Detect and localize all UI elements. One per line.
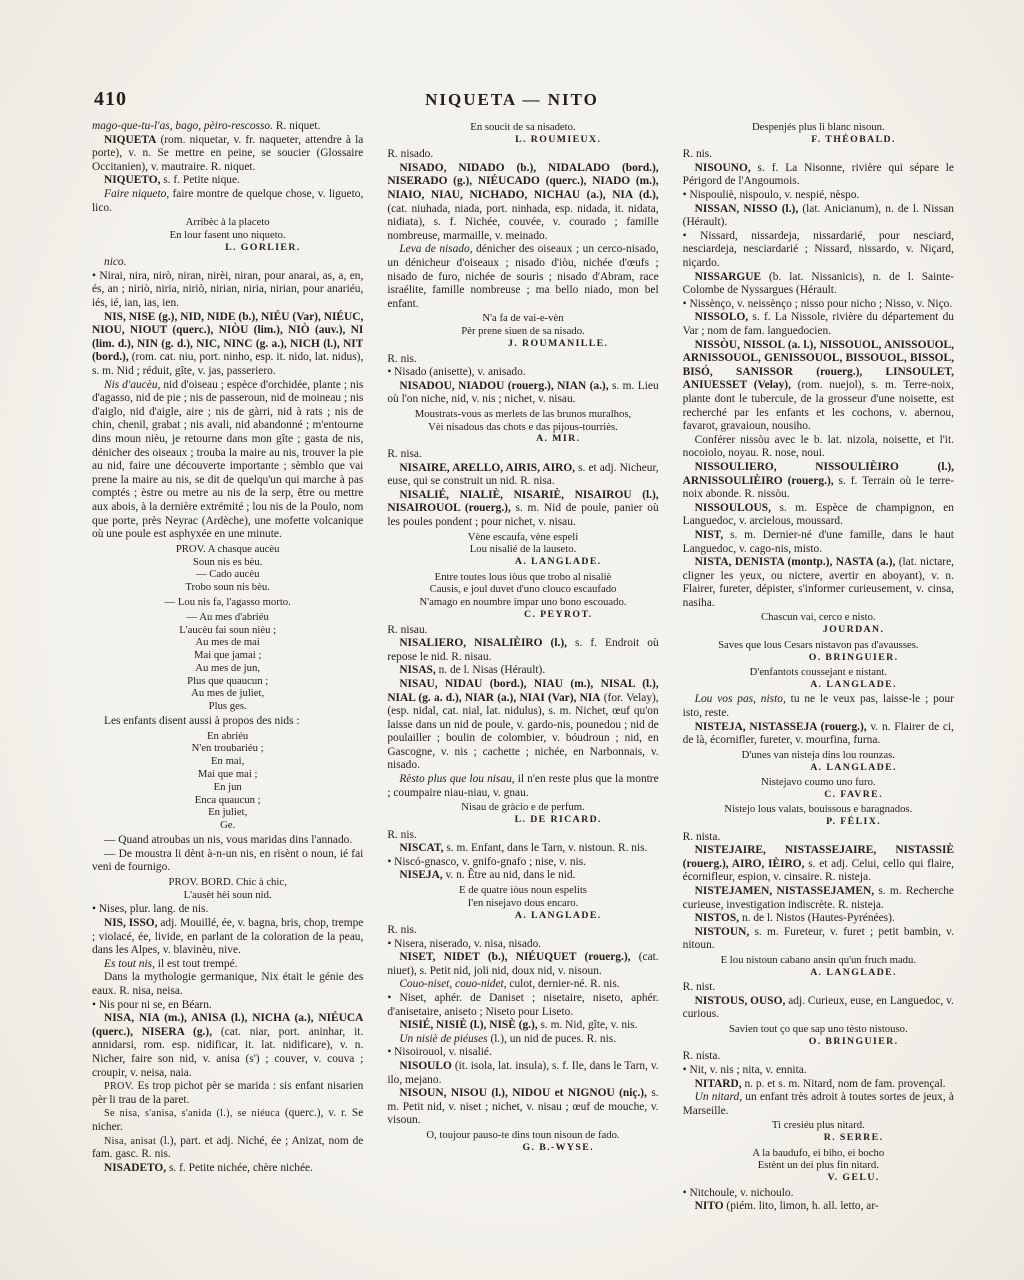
headword: NISCAT, — [399, 842, 443, 854]
verse-line: PROV. A chasque aucèu — [92, 543, 363, 556]
verse-block: Arribèc à la placetoEn lour fasent uno n… — [92, 216, 363, 254]
paragraph: • Nis pour ni se, en Béarn. — [92, 999, 363, 1013]
verse-line: Au mes de juliet, — [92, 687, 363, 700]
verse-line: En juliet, — [92, 806, 363, 819]
verse-line: En lour fasent uno niqueto. — [92, 229, 363, 242]
verse-attribution: L. ROUMIEUX. — [387, 134, 658, 147]
paragraph: • Niscó-gnasco, v. gnifo-gnafo ; nise, v… — [387, 856, 658, 870]
headword: NIS, ISSO, — [104, 917, 158, 929]
headword: NISSARGUE — [695, 271, 761, 283]
entry-paragraph: NISTOUS, OUSO, adj. Curieux, euse, en La… — [683, 995, 954, 1022]
headword: NISTA, DENISTA (montp.), NASTA (a.), — [695, 556, 896, 568]
paragraph: R. nist. — [683, 981, 954, 995]
headword: NISADO, NIDADO (b.), NIDALADO (bord.), N… — [387, 162, 658, 201]
entry-paragraph: NISTEJA, NISTASSEJA (rouerg.), v. n. Fla… — [683, 721, 954, 748]
verse-block: Nistejo lous valats, bouissous e baragna… — [683, 803, 954, 828]
headword: NIQUETA — [104, 134, 156, 146]
verse-block: Nisau de gràcio e de perfum.L. DE RICARD… — [387, 801, 658, 826]
verse-attribution: A. LANGLADE. — [683, 967, 954, 980]
verse-line: Trobo soun nis bèu. — [92, 581, 363, 594]
verse-line: Au mes de jun, — [92, 662, 363, 675]
entry-paragraph: NISSAN, NISSO (l.), (lat. Anicianum), n.… — [683, 203, 954, 230]
paragraph: • Niset, aphér. de Daniset ; nisetaire, … — [387, 992, 658, 1019]
verse-line: En jun — [92, 781, 363, 794]
headword: NISEJA, — [399, 869, 442, 881]
headword: NISSOLO, — [695, 311, 749, 323]
entry-paragraph: NISTA, DENISTA (montp.), NASTA (a.), (la… — [683, 556, 954, 610]
headword: NISTOS, — [695, 912, 739, 924]
verse-block: E de quatre iòus noun espelitsI'en nisej… — [387, 884, 658, 922]
verse-line: Causis, e joul duvet d'uno clouco escauf… — [387, 583, 658, 596]
paragraph: R. nisa. — [387, 448, 658, 462]
verse-line: O, toujour pauso-te dins toun nisoun de … — [387, 1129, 658, 1142]
verse-line: Moustrats-vous as merlets de las brunos … — [387, 408, 658, 421]
verse-line: N'amago en noumbre impar uno bono escoua… — [387, 596, 658, 609]
headword: NISSOULOUS, — [695, 502, 771, 514]
entry-paragraph: NISADOU, NIADOU (rouerg.), NIAN (a.), s.… — [387, 380, 658, 407]
headword: NIST, — [695, 529, 724, 541]
entry-paragraph: NIS, NISE (g.), NID, NIDE (b.), NIÉU (Va… — [92, 311, 363, 379]
verse-attribution: C. PEYROT. — [387, 609, 658, 622]
entry-paragraph: NISOUNO, s. f. La Nisonne, rivière qui s… — [683, 162, 954, 189]
paragraph: R. nis. — [683, 148, 954, 162]
entry-paragraph: NISSOULOUS, s. m. Espèce de champignon, … — [683, 502, 954, 529]
headword: NISOUN, NISOU (l.), NIDOU et NIGNOU (niç… — [399, 1087, 647, 1099]
verse-line: Nistejo lous valats, bouissous e baragna… — [683, 803, 954, 816]
phrase-lead: Nisa, anisat — [104, 1136, 156, 1147]
headword: NISAIRE, ARELLO, AIRIS, AIRO, — [399, 462, 575, 474]
verse-line: Entre toutes lous iòus que trobo al nisa… — [387, 571, 658, 584]
verse-block: E lou nistoun cabano ansin qu'un fruch m… — [683, 954, 954, 979]
headword: NITO — [695, 1200, 724, 1212]
verse-line: Pèr prene siuen de sa nisado. — [387, 325, 658, 338]
verse-line: — Lou nis fa, l'agasso morto. — [92, 596, 363, 609]
verse-attribution: A. LANGLADE. — [387, 556, 658, 569]
entry-paragraph: NISTEJAMEN, NISTASSEJAMEN, s. m. Recherc… — [683, 885, 954, 912]
paragraph: R. nisau. — [387, 624, 658, 638]
verse-line: Nisau de gràcio e de perfum. — [387, 801, 658, 814]
phrase-lead: Rèsto plus que lou nisau, — [399, 773, 514, 785]
headword: NISSOULIERO, NISSOULIÈIRO (l.), ARNISSOU… — [683, 461, 954, 487]
verse-line: Mai que mai ; — [92, 768, 363, 781]
entry-paragraph: NISALIERO, NISALIÈIRO (l.), s. f. Endroi… — [387, 637, 658, 664]
verse-block: N'a fa de vai-e-vènPèr prene siuen de sa… — [387, 312, 658, 350]
headword: NISALIERO, NISALIÈIRO (l.), — [399, 637, 567, 649]
verse-attribution: O. BRINGUIER. — [683, 1036, 954, 1049]
paragraph: Faire niqueto, faire montre de quelque c… — [92, 188, 363, 215]
paragraph: R. nis. — [387, 829, 658, 843]
verse-attribution: F. THÉOBALD. — [683, 134, 954, 147]
headword: NIQUETO, — [104, 174, 160, 186]
paragraph: • Nisoirouol, v. nisalié. — [387, 1046, 658, 1060]
verse-line: L'aucèu fai soun nièu ; — [92, 624, 363, 637]
paragraph: Les enfants disent aussi à propos des ni… — [92, 715, 363, 729]
verse-attribution: C. FAVRE. — [683, 789, 954, 802]
phrase-lead: Es tout nis, — [104, 958, 155, 970]
headword: NISTEJAMEN, NISTASSEJAMEN, — [695, 885, 874, 897]
verse-line: L'ausèt hèi soun nid. — [92, 889, 363, 902]
verse-line: Estènt un dei plus fin nitard. — [683, 1159, 954, 1172]
verse-line: En abriéu — [92, 730, 363, 743]
headword: NISTOUS, OUSO, — [695, 995, 786, 1007]
entry-paragraph: NISAIRE, ARELLO, AIRIS, AIRO, s. et adj.… — [387, 462, 658, 489]
verse-attribution: R. SERRE. — [683, 1132, 954, 1145]
verse-block: Savien tout ço que sap uno tèsto nistous… — [683, 1023, 954, 1048]
headword: NISA, NIA (m.), ANISA (l.), NICHA (a.), … — [92, 1012, 363, 1038]
verse-line: Ge. — [92, 819, 363, 832]
paragraph: — De moustra li dènt à-n-un nis, en risè… — [92, 848, 363, 875]
paragraph: R. nista. — [683, 1050, 954, 1064]
headword: NISTOUN, — [695, 926, 750, 938]
paragraph: Un nitard, un enfant très adroit à toute… — [683, 1091, 954, 1118]
column-2: En soucit de sa nisadeto.L. ROUMIEUX.R. … — [387, 120, 658, 1270]
paragraph: Nis d'aucèu, nid d'oiseau ; espèce d'orc… — [92, 379, 363, 542]
entry-paragraph: NISIÉ, NISIÈ (l.), NISÈ (g.), s. m. Nid,… — [387, 1019, 658, 1033]
verse-line: Au mes de mai — [92, 636, 363, 649]
headword: NISOULO — [399, 1060, 452, 1072]
verse-line: En mai, — [92, 755, 363, 768]
verse-block: D'unes van nisteja dins lou rounzas.A. L… — [683, 749, 954, 774]
verse-line: Chascun vai, cerco e nisto. — [683, 611, 954, 624]
verse-attribution: L. GORLIER. — [92, 242, 363, 255]
headword: NISSÒU, NISSOL (a. l.), NISSOUOL, ANISSO… — [683, 339, 954, 392]
verse-line: — Cado aucèu — [92, 568, 363, 581]
headword: NIS, NISE (g.), NID, NIDE (b.), NIÉU (Va… — [92, 311, 363, 364]
verse-block: Entre toutes lous iòus que trobo al nisa… — [387, 571, 658, 622]
verse-attribution: V. GELU. — [683, 1172, 954, 1185]
verse-attribution: J. ROUMANILLE. — [387, 338, 658, 351]
paragraph: mago-que-tu-l'as, bago, pèiro-rescosso. … — [92, 120, 363, 134]
entry-paragraph: NISSOLO, s. f. La Nissole, rivière du dé… — [683, 311, 954, 338]
entry-paragraph: NISADETO, s. f. Petite nichée, chère nic… — [92, 1162, 363, 1176]
phrase-lead: Un nisiè de piéuses — [399, 1033, 487, 1045]
entry-paragraph: NISTOUN, s. m. Fureteur, v. furet ; peti… — [683, 926, 954, 953]
text-columns: mago-que-tu-l'as, bago, pèiro-rescosso. … — [92, 120, 954, 1270]
entry-paragraph: NISET, NIDET (b.), NIÉUQUET (rouerg.), (… — [387, 951, 658, 978]
verse-block: PROV. BORD. Chic à chic,L'ausèt hèi soun… — [92, 876, 363, 902]
phrase-lead: Couo-niset, couo-nidet, — [399, 978, 506, 990]
verse-block: Vène escaufa, vène espeliLou nisalié de … — [387, 531, 658, 569]
entry-paragraph: NISAU, NIDAU (bord.), NIAU (m.), NISAL (… — [387, 678, 658, 773]
verse-block: Chascun vai, cerco e nisto.JOURDAN. — [683, 611, 954, 636]
column-1: mago-que-tu-l'as, bago, pèiro-rescosso. … — [92, 120, 363, 1270]
verse-line: E de quatre iòus noun espelits — [387, 884, 658, 897]
verse-line: Vène escaufa, vène espeli — [387, 531, 658, 544]
verse-attribution: A. MIR. — [387, 433, 658, 446]
headword: NISSAN, NISSO (l.), — [695, 203, 799, 215]
verse-line: N'a fa de vai-e-vèn — [387, 312, 658, 325]
verse-block: O, toujour pauso-te dins toun nisoun de … — [387, 1129, 658, 1154]
entry-paragraph: NISCAT, s. m. Enfant, dans le Tarn, v. n… — [387, 842, 658, 856]
headword: NISET, NIDET (b.), NIÉUQUET (rouerg.), — [399, 951, 630, 963]
headword: NISIÉ, NISIÈ (l.), NISÈ (g.), — [399, 1019, 537, 1031]
verse-line: Enca quaucun ; — [92, 794, 363, 807]
verse-line: PROV. BORD. Chic à chic, — [92, 876, 363, 889]
paragraph: • Nitchoule, v. nichoulo. — [683, 1187, 954, 1201]
paragraph: • Nises, plur. lang. de nis. — [92, 903, 363, 917]
headword: NISAS, — [399, 664, 435, 676]
verse-block: Nistejavo coumo uno furo.C. FAVRE. — [683, 776, 954, 801]
phrase-lead: Lou vos pas, nisto, — [695, 693, 786, 705]
paragraph: Leva de nisado, dénicher des oiseaux ; u… — [387, 243, 658, 311]
verse-block: Ti cresiéu plus nitard.R. SERRE. — [683, 1119, 954, 1144]
verse-attribution: L. DE RICARD. — [387, 814, 658, 827]
verse-block: Saves que lous Cesars nistavon pas d'ava… — [683, 639, 954, 664]
phrase-lead: Leva de nisado, — [399, 243, 472, 255]
verse-block: En soucit de sa nisadeto.L. ROUMIEUX. — [387, 121, 658, 146]
paragraph: — Quand atroubas un nis, vous maridas di… — [92, 834, 363, 848]
paragraph: PROV. Es trop pichot pèr se marida : sis… — [92, 1080, 363, 1107]
entry-paragraph: NISALIÉ, NIALIÈ, NISARIÈ, NISAIROU (l.),… — [387, 489, 658, 530]
paragraph: Nisa, anisat (l.), part. et adj. Niché, … — [92, 1135, 363, 1162]
page-title: NIQUETA — NITO — [0, 90, 1024, 110]
verse-line: Nistejavo coumo uno furo. — [683, 776, 954, 789]
verse-block: D'enfantots coussejant e nistant.A. LANG… — [683, 666, 954, 691]
entry-paragraph: NISSARGUE (b. lat. Nissanicis), n. de l.… — [683, 271, 954, 298]
phrase-lead: mago-que-tu-l'as, bago, pèiro-rescosso. — [92, 120, 273, 132]
verse-line: Vèi nisadous das chots e das pijous-tour… — [387, 421, 658, 434]
headword: NISALIÉ, NIALIÈ, NISARIÈ, NISAIROU (l.),… — [387, 489, 658, 515]
headword: NITARD, — [695, 1078, 742, 1090]
verse-block: En abriéuN'en troubariéu ;En mai,Mai que… — [92, 730, 363, 832]
verse-attribution: A. LANGLADE. — [683, 679, 954, 692]
paragraph: Dans la mythologie germanique, Nix était… — [92, 971, 363, 998]
verse-block: — Au mes d'abriéuL'aucèu fai soun nièu ;… — [92, 611, 363, 713]
verse-block: — Lou nis fa, l'agasso morto. — [92, 596, 363, 609]
verse-line: E lou nistoun cabano ansin qu'un fruch m… — [683, 954, 954, 967]
paragraph: Lou vos pas, nisto, tu ne le veux pas, l… — [683, 693, 954, 720]
entry-paragraph: NISTEJAIRE, NISTASSEJAIRE, NISTASSIÈ (ro… — [683, 844, 954, 885]
paragraph: Un nisiè de piéuses (l.), un nid de puce… — [387, 1033, 658, 1047]
verse-block: Moustrats-vous as merlets de las brunos … — [387, 408, 658, 446]
verse-line: Mai que jamai ; — [92, 649, 363, 662]
verse-attribution: G. B.-WYSE. — [387, 1142, 658, 1155]
phrase-lead: Se nisa, s'anisa, s'anida (l.), se niéuc… — [104, 1108, 280, 1119]
phrase-lead: nico. — [104, 256, 126, 268]
entry-paragraph: NISSÒU, NISSOL (a. l.), NISSOUOL, ANISSO… — [683, 339, 954, 434]
paragraph: • Nissard, nissardeja, nissardarié, pour… — [683, 230, 954, 271]
verse-block: PROV. A chasque aucèuSoun nis es bèu.— C… — [92, 543, 363, 594]
paragraph: Conférer nissòu avec le b. lat. nizola, … — [683, 434, 954, 461]
verse-block: A la baudufo, ei biho, ei bochoEstènt un… — [683, 1147, 954, 1185]
paragraph: • Nirai, nira, nirò, niran, nirèi, niran… — [92, 270, 363, 311]
verse-line: D'unes van nisteja dins lou rounzas. — [683, 749, 954, 762]
paragraph: R. nis. — [387, 353, 658, 367]
headword: NISTEJA, NISTASSEJA (rouerg.), — [695, 721, 867, 733]
verse-line: Savien tout ço que sap uno tèsto nistous… — [683, 1023, 954, 1036]
paragraph: • Nispouliè, nispoulo, v. nespié, nèspo. — [683, 189, 954, 203]
verse-line: D'enfantots coussejant e nistant. — [683, 666, 954, 679]
verse-line: Plus ges. — [92, 700, 363, 713]
verse-line: Despenjés plus li blanc nisoun. — [683, 121, 954, 134]
verse-line: Saves que lous Cesars nistavon pas d'ava… — [683, 639, 954, 652]
verse-line: En soucit de sa nisadeto. — [387, 121, 658, 134]
paragraph: Se nisa, s'anisa, s'anida (l.), se niéuc… — [92, 1107, 363, 1134]
entry-paragraph: NISA, NIA (m.), ANISA (l.), NICHA (a.), … — [92, 1012, 363, 1080]
paragraph: R. nista. — [683, 831, 954, 845]
paragraph: R. nisado. — [387, 148, 658, 162]
verse-attribution: O. BRINGUIER. — [683, 652, 954, 665]
headword: NISAU, NIDAU (bord.), NIAU (m.), NISAL (… — [387, 678, 658, 704]
dictionary-page: 410 NIQUETA — NITO mago-que-tu-l'as, bag… — [0, 0, 1024, 1280]
paragraph: R. nis. — [387, 924, 658, 938]
paragraph: Couo-niset, couo-nidet, culot, dernier-n… — [387, 978, 658, 992]
verse-line: — Au mes d'abriéu — [92, 611, 363, 624]
entry-paragraph: NIST, s. m. Dernier-né d'une famille, da… — [683, 529, 954, 556]
verse-line: Soun nis es bèu. — [92, 556, 363, 569]
phrase-lead: PROV. — [104, 1081, 134, 1092]
verse-line: I'en nisejavo dous encaro. — [387, 897, 658, 910]
entry-paragraph: NITO (piém. lito, limon, h. all. letto, … — [683, 1200, 954, 1214]
verse-line: Arribèc à la placeto — [92, 216, 363, 229]
verse-block: Despenjés plus li blanc nisoun.F. THÉOBA… — [683, 121, 954, 146]
paragraph: • Nisado (anisette), v. anisado. — [387, 366, 658, 380]
verse-line: Plus que quaucun ; — [92, 675, 363, 688]
phrase-lead: Un nitard, — [695, 1091, 742, 1103]
entry-paragraph: NISAS, n. de l. Nisas (Hérault). — [387, 664, 658, 678]
entry-paragraph: NISOUN, NISOU (l.), NIDOU et NIGNOU (niç… — [387, 1087, 658, 1128]
verse-line: N'en troubariéu ; — [92, 742, 363, 755]
entry-paragraph: NISSOULIERO, NISSOULIÈIRO (l.), ARNISSOU… — [683, 461, 954, 502]
paragraph: Rèsto plus que lou nisau, il n'en reste … — [387, 773, 658, 800]
verse-line: A la baudufo, ei biho, ei bocho — [683, 1147, 954, 1160]
paragraph: • Nissènço, v. neissènço ; nisso pour ni… — [683, 298, 954, 312]
verse-attribution: A. LANGLADE. — [387, 910, 658, 923]
headword: NISOUNO, — [695, 162, 751, 174]
verse-attribution: P. FÉLIX. — [683, 816, 954, 829]
paragraph: • Nit, v. nis ; nita, v. ennita. — [683, 1064, 954, 1078]
paragraph: nico. — [92, 256, 363, 270]
phrase-lead: Faire niqueto, — [104, 188, 169, 200]
entry-paragraph: NITARD, n. p. et s. m. Nitard, nom de fa… — [683, 1078, 954, 1092]
column-3: Despenjés plus li blanc nisoun.F. THÉOBA… — [683, 120, 954, 1270]
entry-paragraph: NISOULO (it. isola, lat. insula), s. f. … — [387, 1060, 658, 1087]
entry-paragraph: NIQUETA (rom. niquetar, v. fr. naqueter,… — [92, 134, 363, 175]
headword: NISADOU, NIADOU (rouerg.), NIAN (a.), — [399, 380, 608, 392]
phrase-lead: Nis d'aucèu, — [104, 379, 160, 391]
paragraph: • Nisera, niserado, v. nisa, nisado. — [387, 938, 658, 952]
verse-attribution: JOURDAN. — [683, 624, 954, 637]
entry-paragraph: NISTOS, n. de l. Nistos (Hautes-Pyrénées… — [683, 912, 954, 926]
verse-line: Lou nisalié de la lauseto. — [387, 543, 658, 556]
entry-paragraph: NIQUETO, s. f. Petite nique. — [92, 174, 363, 188]
paragraph: Es tout nis, il est tout trempé. — [92, 958, 363, 972]
verse-line: Ti cresiéu plus nitard. — [683, 1119, 954, 1132]
entry-paragraph: NISADO, NIDADO (b.), NIDALADO (bord.), N… — [387, 162, 658, 244]
headword: NISADETO, — [104, 1162, 166, 1174]
verse-attribution: A. LANGLADE. — [683, 762, 954, 775]
entry-paragraph: NISEJA, v. n. Être au nid, dans le nid. — [387, 869, 658, 883]
entry-paragraph: NIS, ISSO, adj. Mouillé, ée, v. bagna, b… — [92, 917, 363, 958]
headword: NISTEJAIRE, NISTASSEJAIRE, NISTASSIÈ (ro… — [683, 844, 954, 870]
